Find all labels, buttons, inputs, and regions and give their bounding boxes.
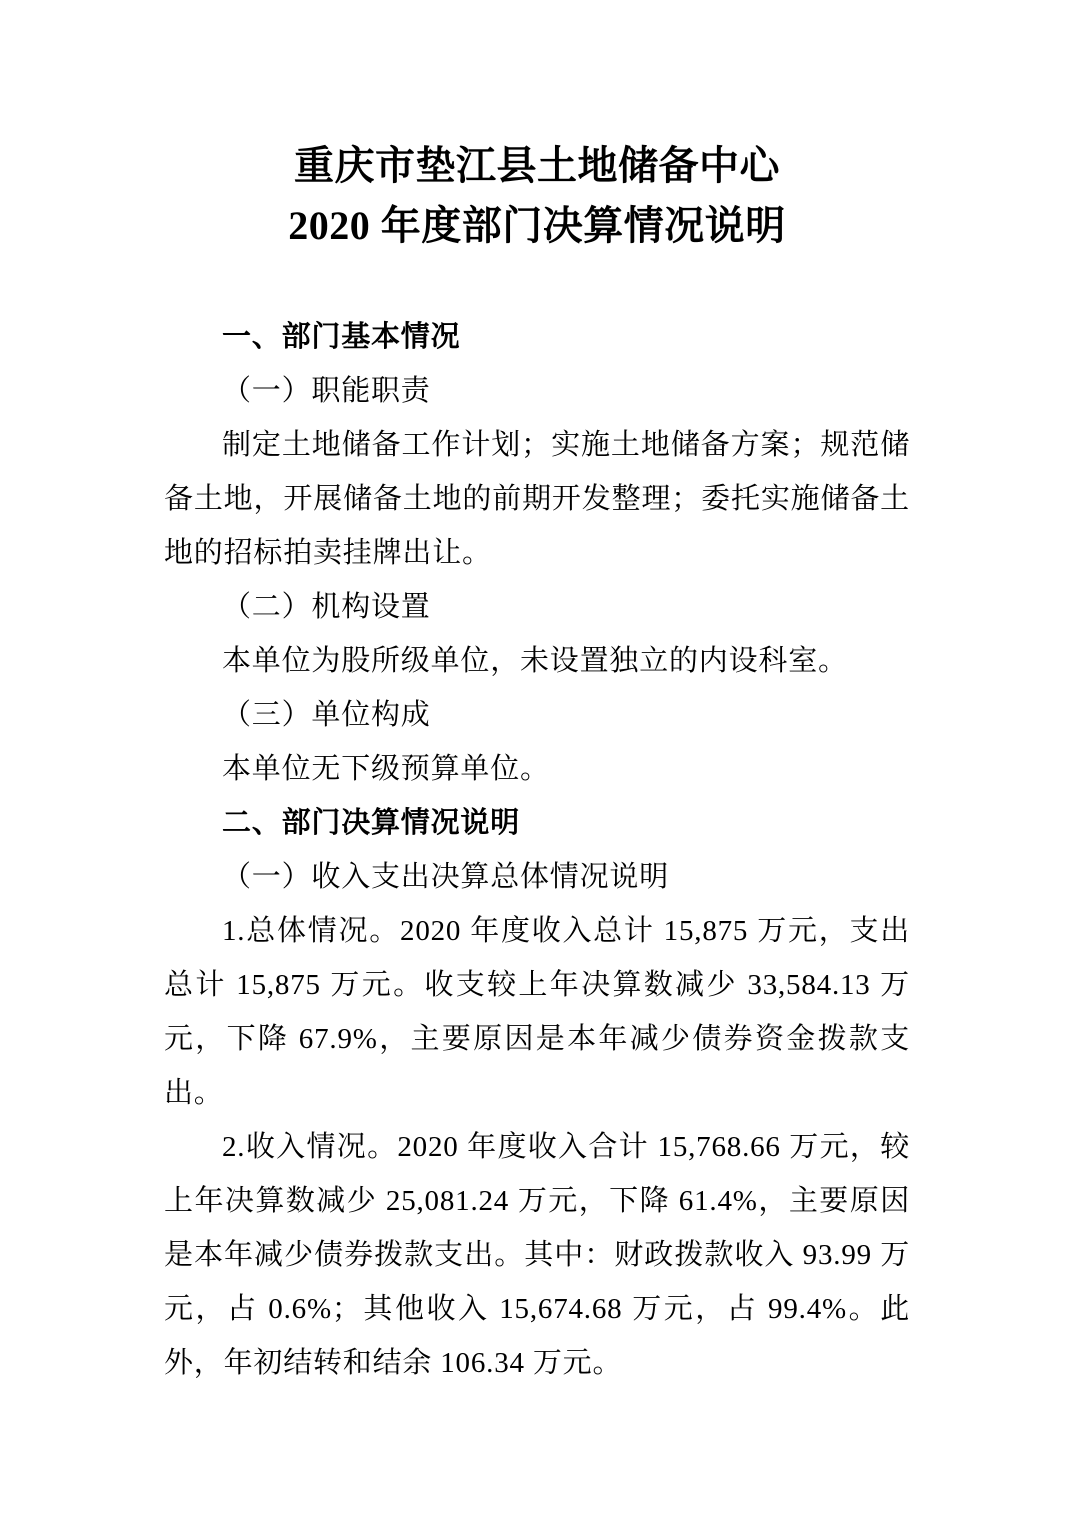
paragraph-duties: 制定土地储备工作计划；实施土地储备方案；规范储备土地，开展储备土地的前期开发整理… xyxy=(164,418,910,580)
document-title-line-1: 重庆市垫江县土地储备中心 xyxy=(164,136,910,196)
subsection-heading-duties: （一）职能职责 xyxy=(164,364,910,418)
subsection-heading-unit-composition: （三）单位构成 xyxy=(164,688,910,742)
document-title: 重庆市垫江县土地储备中心 2020 年度部门决算情况说明 xyxy=(164,136,910,256)
section-heading-department-basic-info: 一、部门基本情况 xyxy=(164,310,910,364)
document-title-line-2: 2020 年度部门决算情况说明 xyxy=(164,196,910,256)
document-page: 重庆市垫江县土地储备中心 2020 年度部门决算情况说明 一、部门基本情况 （一… xyxy=(0,0,1075,1521)
paragraph-overall-situation: 1.总体情况。2020 年度收入总计 15,875 万元，支出总计 15,875… xyxy=(164,904,910,1120)
paragraph-revenue-situation: 2.收入情况。2020 年度收入合计 15,768.66 万元，较上年决算数减少… xyxy=(164,1120,910,1390)
subsection-heading-organization-setup: （二）机构设置 xyxy=(164,580,910,634)
section-heading-final-accounts-statement: 二、部门决算情况说明 xyxy=(164,796,910,850)
paragraph-unit-composition: 本单位无下级预算单位。 xyxy=(164,742,910,796)
subsection-heading-revenue-expenditure-overview: （一）收入支出决算总体情况说明 xyxy=(164,850,910,904)
document-body: 一、部门基本情况 （一）职能职责 制定土地储备工作计划；实施土地储备方案；规范储… xyxy=(164,310,910,1390)
paragraph-organization-setup: 本单位为股所级单位，未设置独立的内设科室。 xyxy=(164,634,910,688)
